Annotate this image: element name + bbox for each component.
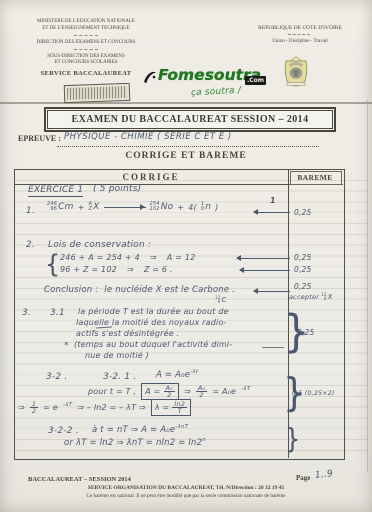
stray-mark: 1 — [270, 196, 276, 205]
period-definition-line-1: la période T est la durée au bout de — [78, 307, 229, 316]
score-3: 0,25 — [294, 265, 312, 274]
score-arrow-icon — [240, 270, 290, 271]
conservation-eq-mass: 246 + A = 254 + 4 ⇒ A = 12 — [60, 253, 195, 262]
exponent: -λT — [63, 402, 72, 408]
question-2-number: 2. — [26, 240, 35, 250]
charge-equation: 96 + Z = 102 — [60, 265, 117, 274]
bac-stamp — [64, 83, 131, 103]
score-1: 0,25 — [294, 208, 312, 217]
pour-t-equals-T: pour t = T , — [88, 387, 136, 396]
question-31-number: 3.1 — [50, 308, 65, 318]
activity-law-base: A = A₀e — [156, 370, 190, 380]
fraction-a0-over-2: A₀2 — [196, 385, 207, 398]
question-322-number: 3-2-2 . — [48, 426, 79, 436]
implies-sign: ⇒ — [18, 403, 25, 412]
score-6: 0,5 (0,25×2) — [292, 390, 335, 397]
implies-sign: ⇒ — [150, 253, 157, 262]
corrige-bareme-subtitle: CORRIGE ET BAREME — [46, 151, 326, 161]
nT-equation-base: à t = nT ⇒ A = A₀e — [92, 425, 175, 435]
equals-e: = e — [43, 403, 58, 412]
divider — [288, 34, 310, 35]
question-32-number: 3-2 . — [46, 372, 67, 382]
coefficient: 4( — [188, 203, 197, 212]
footer-session: BACCALAUREAT – SESSION 2014 — [28, 476, 131, 483]
sous-direction-line-1: SOUS-DIRECTION DES EXAMENS — [16, 54, 156, 59]
question-1-number: 1. — [26, 206, 35, 216]
boxed-lhs: λ = — [155, 403, 170, 412]
conservation-eq-charge: 96 + Z = 102 ⇒ Z = 6 . — [60, 265, 173, 274]
exponent: -λnT — [175, 424, 188, 430]
link-dash — [262, 347, 284, 348]
question-321-number: 3-2. 1 . — [103, 372, 136, 382]
nuclear-reaction-equation: 24696Cm + AZX 254102No + 4( 10n ) — [47, 202, 218, 212]
direction-line: DIRECTION DES EXAMENS ET CONCOURS — [10, 40, 162, 45]
exercise-title: EXERCICE 1 — [28, 185, 83, 195]
plus-sign: + — [78, 203, 85, 212]
period-alt-line-2: nue de moitié ) — [85, 351, 149, 360]
nuclide-x: AZX — [89, 202, 100, 212]
nuclide-no: 254102No — [150, 202, 174, 212]
period-definition-line-2: laquelle la moitié des noyaux radio- — [76, 318, 227, 327]
exponent-n: n — [202, 437, 206, 443]
sous-direction-line-2: ET CONCOURS SCOLAIRES — [16, 60, 156, 65]
score-2: 0,25 — [294, 253, 312, 262]
boxed-lambda-result: λ = ln2T — [151, 399, 191, 416]
ministry-line-1: MINISTERE DE L'EDUCATION NATIONALE — [16, 19, 156, 24]
footer-service-line: SERVICE ORGANISATION DU BACCALAUREAT, Té… — [40, 485, 332, 491]
corrige-column-header: CORRIGE — [14, 172, 288, 182]
ln2n-equation-base: or λT = ln2 ⇒ λnT = nln2 = ln2 — [64, 438, 202, 448]
nuclide-neutron: 10n — [201, 202, 211, 212]
service-baccalaureat-line: SERVICE BACCALAUREAT — [10, 70, 162, 77]
score-arrow-icon — [254, 212, 290, 213]
exercise-points: ( 5 points) — [93, 184, 141, 194]
scan-artifact-line — [0, 102, 372, 104]
divider — [74, 49, 98, 50]
exam-title: EXAMEN DU BACCALAUREAT SESSION – 2014 — [72, 114, 309, 125]
score-4-note: accepter 126X — [289, 293, 333, 301]
nT-equation: à t = nT ⇒ A = A₀e -λnT — [92, 425, 188, 435]
conclusion-label: Conclusion : — [44, 285, 98, 295]
fraction-a0-over-2: A₀2 — [164, 385, 175, 398]
star-mark: * — [64, 341, 69, 351]
implies-sign: ⇒ — [184, 387, 191, 396]
epreuve-label: EPREUVE : — [18, 134, 61, 143]
epreuve-handwritten-value: PHYSIQUE - CHIMIE ( SERIE C ET E ) — [64, 132, 232, 142]
republic-line: REPUBLIQUE DE COTE D'IVOIRE — [234, 25, 366, 31]
equals-a0e: = A₀e — [212, 387, 236, 396]
closing-paren: ) — [215, 203, 218, 212]
reaction-arrow-icon — [104, 207, 146, 208]
group-brace-322: } — [285, 422, 300, 457]
system-brace: { — [45, 249, 60, 278]
motto-line: Union - Discipline - Travail — [234, 39, 366, 44]
score-4: 0,25 — [294, 282, 312, 291]
nuclide-x12: 126X — [321, 293, 333, 301]
coat-of-arms — [283, 56, 309, 93]
nuclide-cm: 24696Cm — [47, 202, 74, 212]
boxed-lhs: A = — [145, 387, 160, 396]
question-3-number: 3. — [22, 308, 31, 318]
charge-result: Z = 6 . — [144, 265, 173, 274]
conclusion-line: Conclusion : le nucléide X est le Carbon… — [44, 285, 235, 295]
fraction-one-half: 12 — [30, 401, 38, 414]
boxed-half-activity: A = A₀2 — [141, 383, 179, 400]
exercise-label: EXERCICE 1 — [28, 185, 83, 197]
lambda-derivation: ⇒ 12 = e -λT ⇒ – ln2 = – λT ⇒ λ = ln2T — [18, 399, 191, 416]
scanned-exam-page: MINISTERE DE L'EDUCATION NATIONALE ET DE… — [0, 0, 372, 512]
mass-result: A = 12 — [167, 253, 196, 262]
title-box: EXAMEN DU BACCALAUREAT SESSION – 2014 — [44, 107, 336, 132]
implies-sign: ⇒ — [127, 265, 134, 274]
accept-note: accepter — [289, 293, 319, 301]
exponent: -λT — [241, 386, 250, 392]
logo-tagline: ça soutra / — [191, 86, 242, 99]
footer-page-number: 1..9 — [315, 469, 334, 481]
period-definition-line-3: actifs s'est désintégrée . — [76, 329, 179, 338]
fomesoutra-icon — [143, 70, 157, 90]
score-arrow-icon — [237, 258, 290, 259]
plus-sign: + — [177, 203, 184, 212]
ln2n-equation: or λT = ln2 ⇒ λnT = nln2 = ln2 n — [64, 438, 206, 448]
period-alt-line-1: (temps au bout duquel l'activité dimi- — [74, 340, 232, 349]
bareme-column-header: BAREME — [289, 173, 341, 182]
conclusion-text: le nucléide X est le Carbone . — [104, 285, 235, 295]
score-5: 0,25 — [297, 328, 315, 337]
mass-equation: 246 + A = 254 + 4 — [60, 253, 140, 262]
activity-law-equation: A = A₀e -λt — [156, 370, 198, 380]
activity-law-exponent: -λt — [190, 369, 198, 375]
ministry-line-2: ET DE L'ENSEIGNEMENT TECHNIQUE — [16, 26, 156, 31]
nuclide-carbon: 126C — [215, 296, 227, 304]
divider — [74, 35, 98, 36]
half-life-substitution: pour t = T , A = A₀2 ⇒ A₀2 = A₀e -λT — [88, 383, 250, 400]
footer-page-label: Page — [296, 474, 310, 482]
fraction-ln2-over-T: ln2T — [172, 401, 187, 414]
score-arrow-icon — [254, 291, 290, 292]
fomesoutra-tld: .Com — [245, 76, 266, 85]
paper-edge-line — [367, 100, 368, 472]
conservation-title: Lois de conservation : — [48, 240, 151, 250]
footer-note-line: Ce barème est national. Il ne peut être … — [20, 493, 352, 499]
ln-steps: ⇒ – ln2 = – λT ⇒ — [77, 403, 146, 412]
